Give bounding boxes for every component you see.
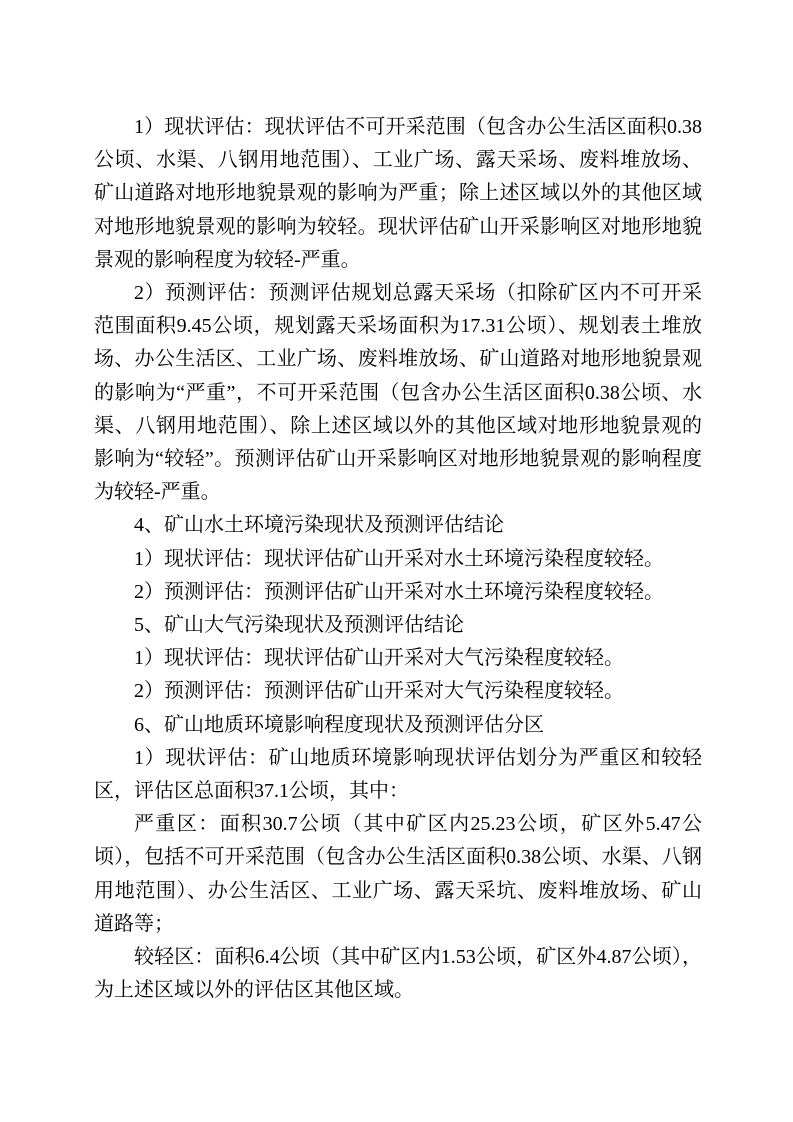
paragraph: 5、矿山大气污染现状及预测评估结论 — [94, 609, 702, 642]
paragraph: 1）现状评估：现状评估矿山开采对大气污染程度较轻。 — [94, 642, 702, 675]
paragraph: 2）预测评估：预测评估矿山开采对水土环境污染程度较轻。 — [94, 576, 702, 609]
paragraph: 1）现状评估：现状评估不可开采范围（包含办公生活区面积0.38公顷、水渠、八钢用… — [94, 111, 702, 277]
document-page: 1）现状评估：现状评估不可开采范围（包含办公生活区面积0.38公顷、水渠、八钢用… — [0, 0, 793, 1122]
document-text-block: 1）现状评估：现状评估不可开采范围（包含办公生活区面积0.38公顷、水渠、八钢用… — [94, 111, 702, 1007]
paragraph: 严重区：面积30.7公顷（其中矿区内25.23公顷，矿区外5.47公顷），包括不… — [94, 808, 702, 941]
paragraph: 4、矿山水土环境污染现状及预测评估结论 — [94, 509, 702, 542]
paragraph: 2）预测评估：预测评估矿山开采对大气污染程度较轻。 — [94, 675, 702, 708]
paragraph: 6、矿山地质环境影响程度现状及预测评估分区 — [94, 709, 702, 742]
paragraph: 1）现状评估：矿山地质环境影响现状评估划分为严重区和较轻区，评估区总面积37.1… — [94, 742, 702, 808]
paragraph: 较轻区：面积6.4公顷（其中矿区内1.53公顷，矿区外4.87公顷），为上述区域… — [94, 941, 702, 1007]
paragraph: 1）现状评估：现状评估矿山开采对水土环境污染程度较轻。 — [94, 543, 702, 576]
paragraph: 2）预测评估：预测评估规划总露天采场（扣除矿区内不可开采范围面积9.45公顷，规… — [94, 277, 702, 509]
